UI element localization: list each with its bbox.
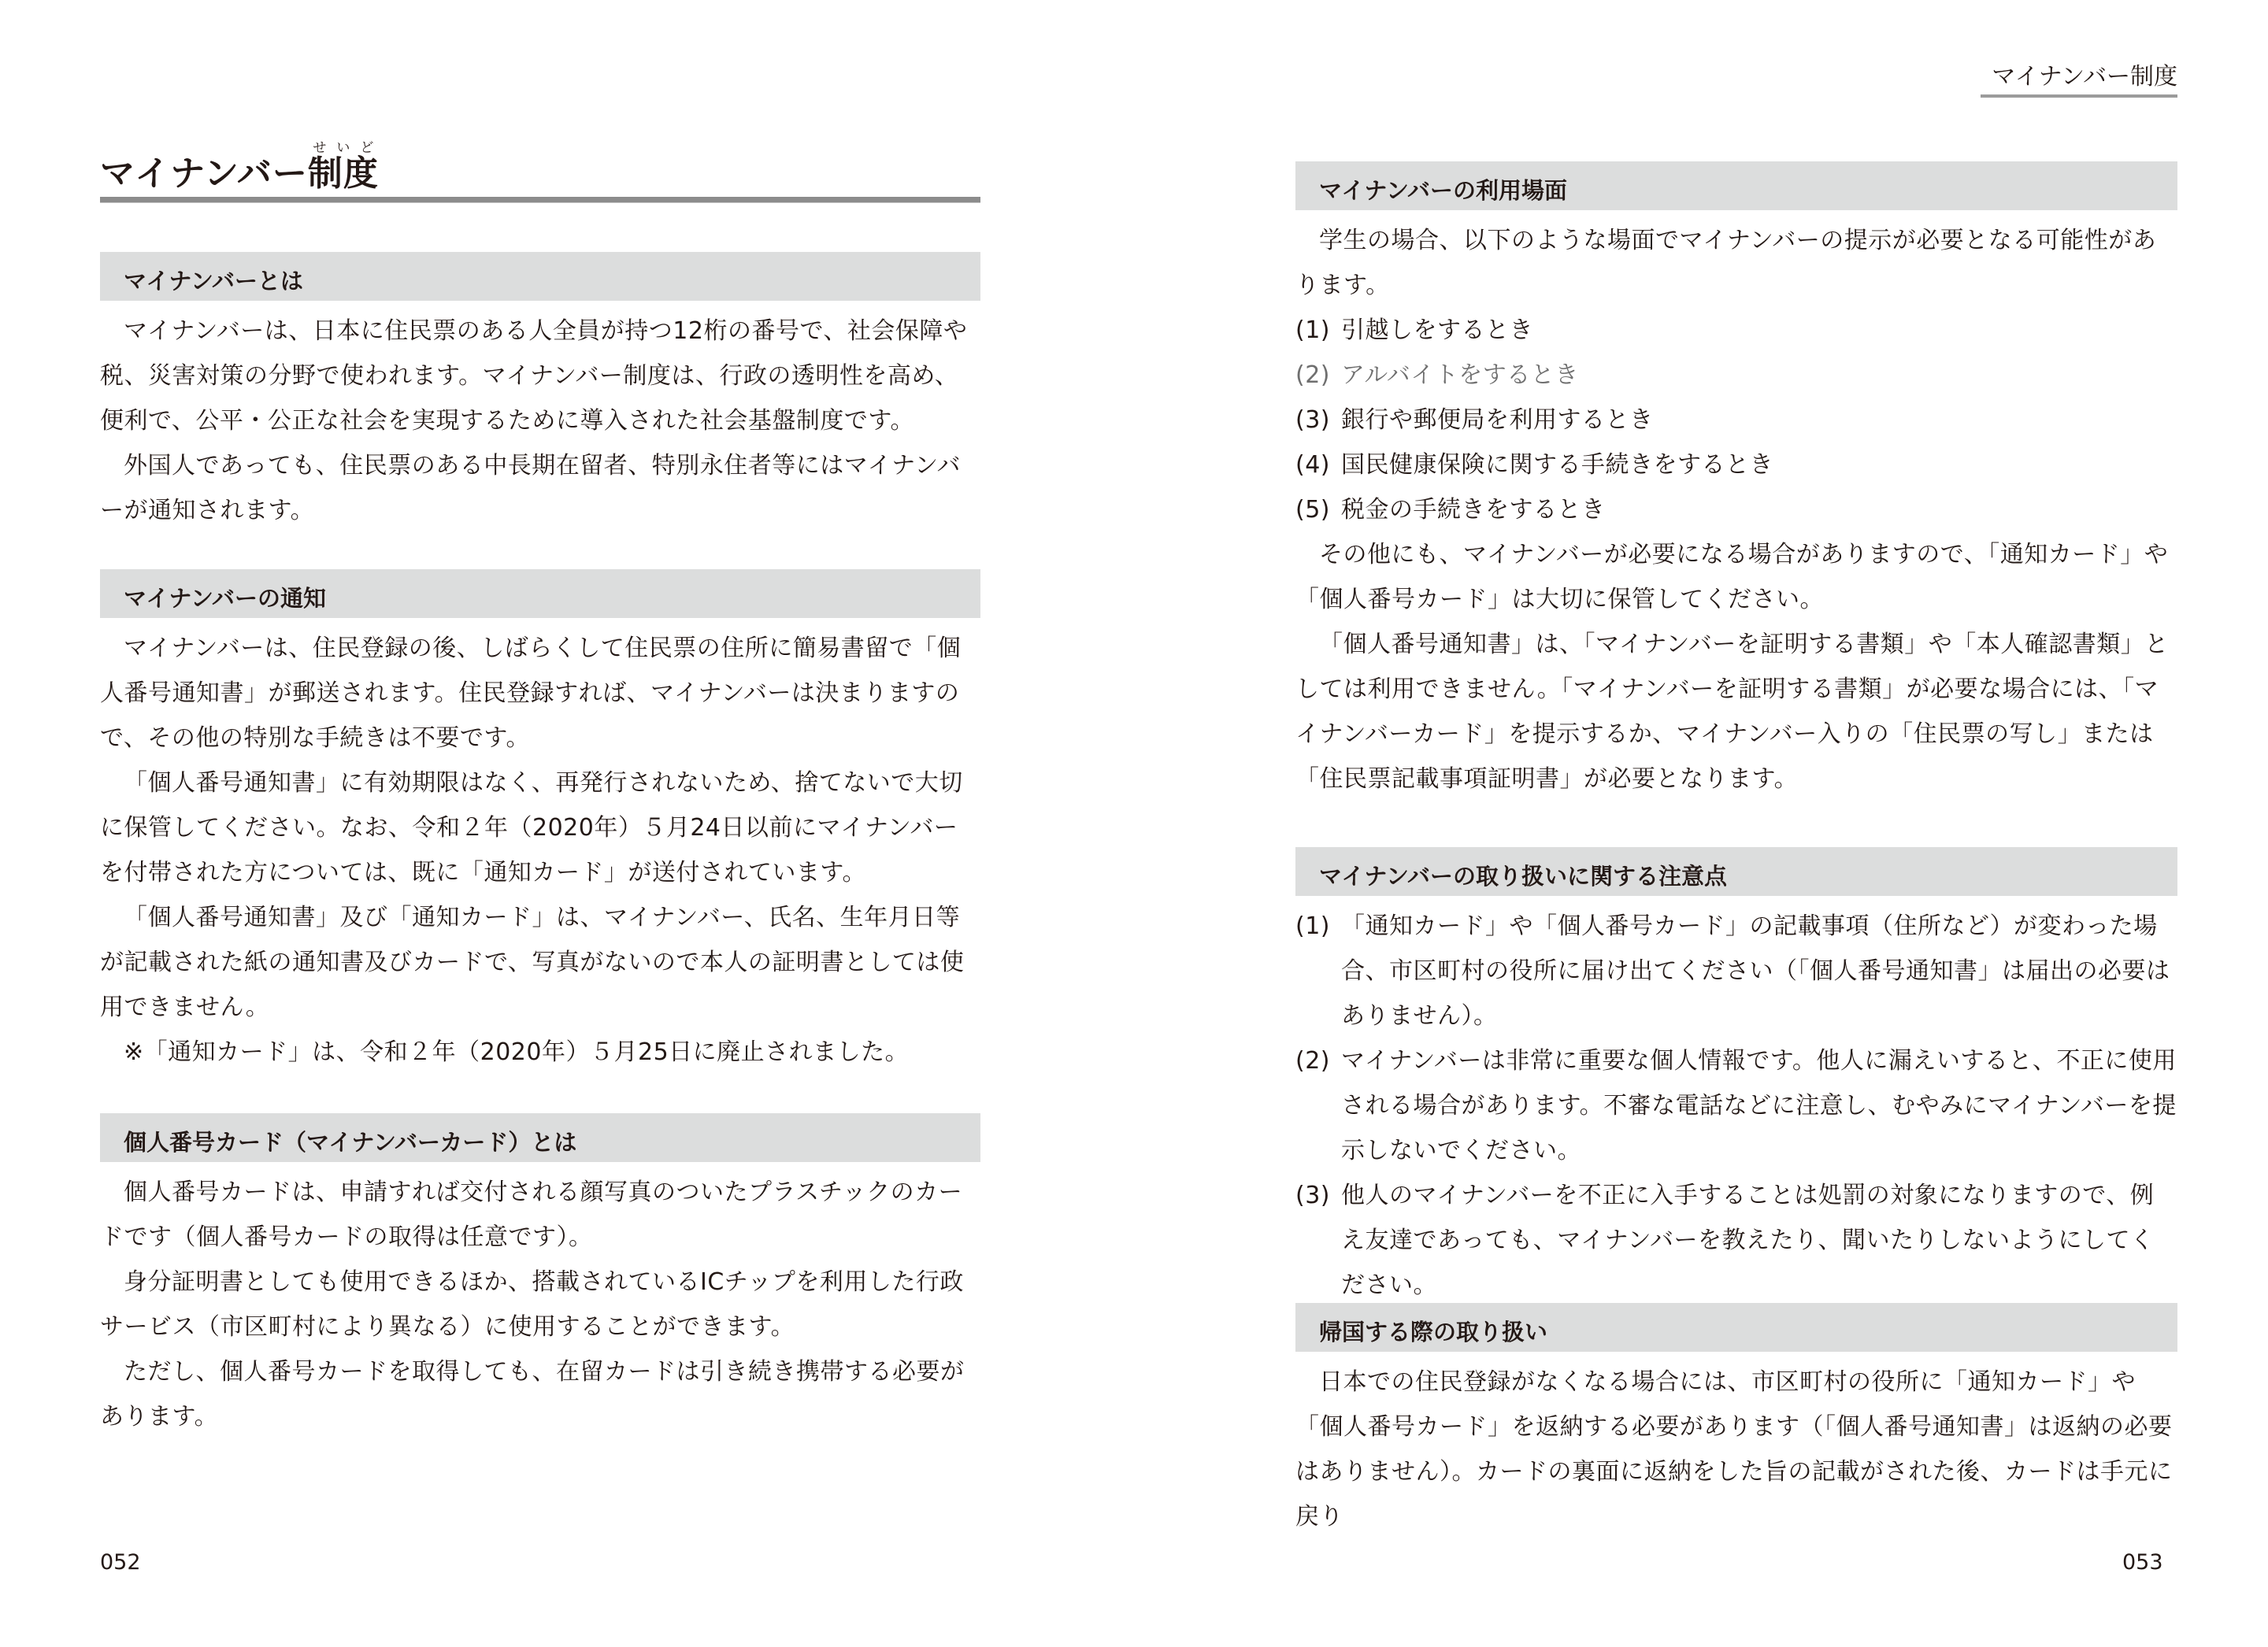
- section-heading: 個人番号カード（マイナンバーカード）とは: [100, 1113, 980, 1162]
- section-heading: マイナンバーの利用場面: [1295, 161, 2177, 210]
- list-item: (1)引越しをするとき: [1295, 308, 2177, 353]
- list-item: (4)国民健康保険に関する手続きをするとき: [1295, 442, 2177, 487]
- paragraph: 外国人であっても、住民票のある中長期在留者、特別永住者等にはマイナンバーが通知さ…: [100, 443, 980, 533]
- left-column: マイナンバーとは マイナンバーは、日本に住民票のある人全員が持つ12桁の番号で、…: [100, 0, 980, 1647]
- usage-list: (1)引越しをするとき (2)アルバイトをするとき (3)銀行や郵便局を利用する…: [1295, 308, 2177, 532]
- paragraph: 「個人番号通知書」は、「マイナンバーを証明する書類」や「本人確認書類」としては利…: [1295, 622, 2177, 801]
- left-page: マイナンバー制度せいど マイナンバーとは マイナンバーは、日本に住民票のある人全…: [0, 0, 1134, 1647]
- paragraph: その他にも、マイナンバーが必要になる場合がありますので、「通知カード」や「個人番…: [1295, 532, 2177, 622]
- paragraph: 「個人番号通知書」に有効期限はなく、再発行されないため、捨てないで大切に保管して…: [100, 761, 980, 895]
- section-body: マイナンバーは、住民登録の後、しばらくして住民票の住所に簡易書留で「個人番号通知…: [100, 626, 980, 1075]
- paragraph: マイナンバーは、日本に住民票のある人全員が持つ12桁の番号で、社会保障や税、災害…: [100, 309, 980, 443]
- note-paragraph: ※「通知カード」は、令和２年（2020年）５月25日に廃止されました。: [100, 1030, 980, 1075]
- paragraph: ただし、個人番号カードを取得しても、在留カードは引き続き携帯する必要があります。: [100, 1349, 980, 1439]
- section-heading: マイナンバーとは: [100, 252, 980, 301]
- section-heading: 帰国する際の取り扱い: [1295, 1303, 2177, 1352]
- section-body: 日本での住民登録がなくなる場合には、市区町村の役所に「通知カード」や「個人番号カ…: [1295, 1360, 2177, 1539]
- page-number: 053: [2122, 1549, 2163, 1577]
- paragraph: 日本での住民登録がなくなる場合には、市区町村の役所に「通知カード」や「個人番号カ…: [1295, 1360, 2177, 1539]
- paragraph: 身分証明書としても使用できるほか、搭載されているICチップを利用した行政サービス…: [100, 1260, 980, 1349]
- paragraph: マイナンバーは、住民登録の後、しばらくして住民票の住所に簡易書留で「個人番号通知…: [100, 626, 980, 761]
- list-item: (3)銀行や郵便局を利用するとき: [1295, 398, 2177, 442]
- right-column: マイナンバーの利用場面 学生の場合、以下のような場面でマイナンバーの提示が必要と…: [1295, 0, 2177, 1647]
- list-item: (1)「通知カード」や「個人番号カード」の記載事項（住所など）が変わった場合、市…: [1295, 904, 2177, 1038]
- section-body: 学生の場合、以下のような場面でマイナンバーの提示が必要となる可能性があります。 …: [1295, 218, 2177, 801]
- section-body: マイナンバーは、日本に住民票のある人全員が持つ12桁の番号で、社会保障や税、災害…: [100, 309, 980, 533]
- list-item: (3)他人のマイナンバーを不正に入手することは処罰の対象になりますので、例え友達…: [1295, 1173, 2177, 1308]
- section-heading: マイナンバーの取り扱いに関する注意点: [1295, 847, 2177, 896]
- list-item: (2)アルバイトをするとき: [1295, 353, 2177, 398]
- page-number: 052: [100, 1549, 141, 1577]
- right-page: マイナンバー制度 マイナンバーの利用場面 学生の場合、以下のような場面でマイナン…: [1134, 0, 2268, 1647]
- paragraph: 「個人番号通知書」及び「通知カード」は、マイナンバー、氏名、生年月日等が記載され…: [100, 895, 980, 1030]
- list-item: (5)税金の手続きをするとき: [1295, 487, 2177, 532]
- list-item: (2)マイナンバーは非常に重要な個人情報です。他人に漏えいすると、不正に使用され…: [1295, 1038, 2177, 1173]
- paragraph: 学生の場合、以下のような場面でマイナンバーの提示が必要となる可能性があります。: [1295, 218, 2177, 308]
- section-heading: マイナンバーの通知: [100, 569, 980, 618]
- section-body: 個人番号カードは、申請すれば交付される顔写真のついたプラスチックのカードです（個…: [100, 1170, 980, 1439]
- section-body: (1)「通知カード」や「個人番号カード」の記載事項（住所など）が変わった場合、市…: [1295, 904, 2177, 1308]
- caution-list: (1)「通知カード」や「個人番号カード」の記載事項（住所など）が変わった場合、市…: [1295, 904, 2177, 1308]
- paragraph: 個人番号カードは、申請すれば交付される顔写真のついたプラスチックのカードです（個…: [100, 1170, 980, 1260]
